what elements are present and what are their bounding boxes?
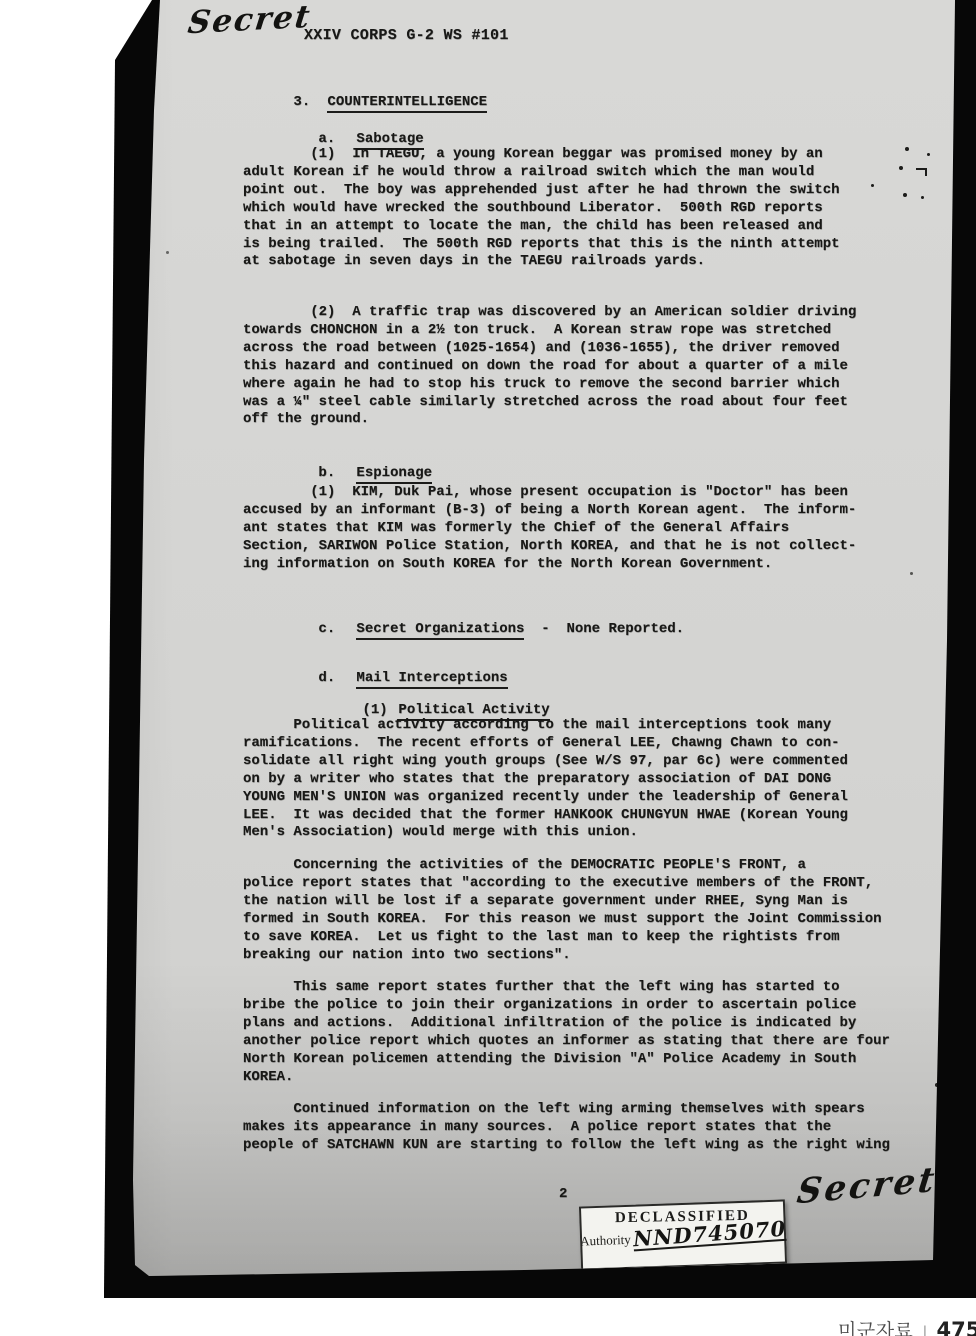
mail-paragraph-2: Concerning the activities of the DEMOCRA… [243,857,882,964]
sabotage-paragraph-2: (2) A traffic trap was discovered by an … [243,304,856,429]
mail-paragraph-4: Continued information on the left wing a… [243,1101,890,1155]
footer-label: 미군자료 [838,1316,913,1336]
mail-paragraph-3: This same report states further that the… [243,979,890,1086]
ink-speck [927,153,930,156]
footer-separator: | [922,1323,927,1336]
book-footer: 미군자료 | 475 [838,1316,976,1336]
ink-speck [903,193,907,197]
stamp-authority-label: Authority [580,1232,631,1250]
subsection-b-title: Espionage [356,465,432,484]
none-reported-text: - None Reported. [524,621,684,637]
subsection-b-label: b. [318,465,356,483]
scan-area: Secret XXIV CORPS G-2 WS #101 3.COUNTERI… [104,0,976,1298]
mail-paragraph-1: Political activity according to the mail… [243,717,848,842]
sabotage-paragraph-1: (1) In TAEGU, a young Korean beggar was … [243,146,840,271]
ink-speck [871,184,874,187]
ink-speck [910,572,913,575]
ink-speck [166,251,169,254]
ink-speck [899,166,903,170]
ink-speck [935,1083,939,1087]
ink-speck [921,196,924,199]
subsection-c-title: Secret Organizations [356,621,524,640]
subsection-c-label: c. [318,621,356,639]
corner-mark [916,168,927,176]
declassified-stamp: DECLASSIFIED Authority NND745070 [579,1199,787,1270]
section-title: COUNTERINTELLIGENCE [327,94,487,113]
handwritten-secret-top: Secret [186,0,314,41]
ink-speck [941,1098,944,1101]
espionage-paragraph-1: (1) KIM, Duk Pai, whose present occupati… [243,484,856,574]
book-page: { "doc": { "handwritten_secret_top": "Se… [0,0,976,1336]
handwritten-secret-bottom: Secret [795,1160,940,1213]
subsection-c-heading: c.Secret Organizations - None Reported. [268,603,684,657]
ink-speck [905,147,909,151]
page-number: 2 [559,1186,567,1204]
document-paper: Secret XXIV CORPS G-2 WS #101 3.COUNTERI… [104,0,976,1298]
report-header: XXIV CORPS G-2 WS #101 [304,27,509,45]
section-number: 3. [293,94,327,112]
footer-page-number: 475 [936,1318,976,1336]
